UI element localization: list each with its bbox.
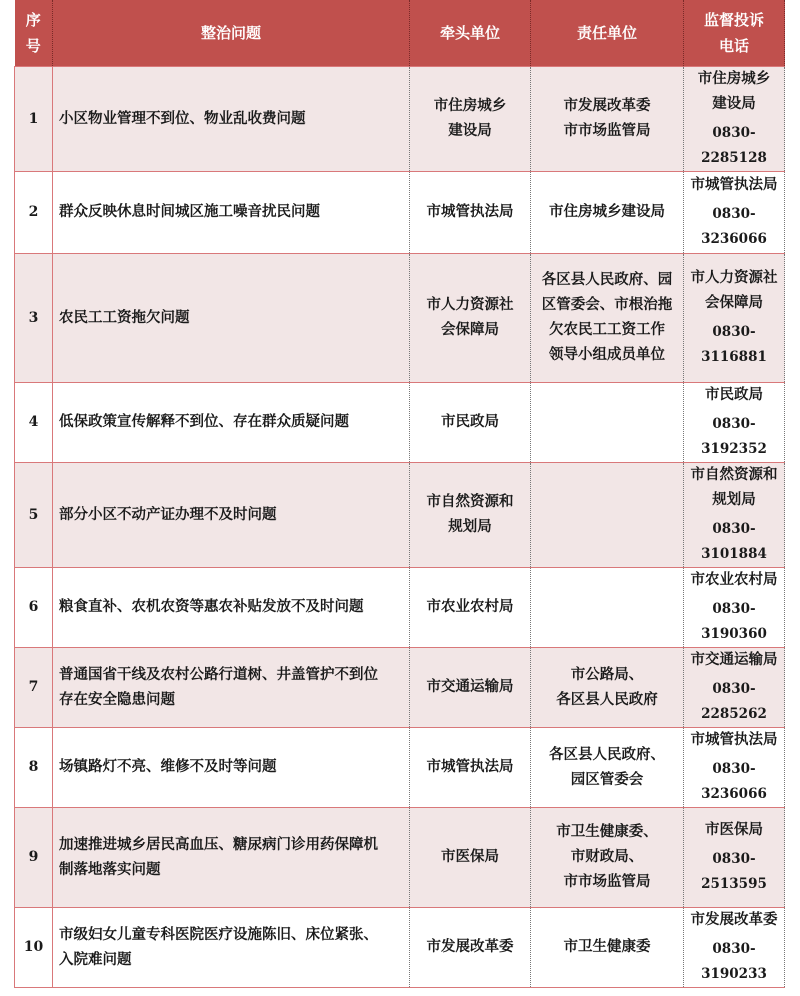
responsible-unit-line: 市住房城乡建设局 [535,200,679,225]
row-index: 7 [15,648,53,728]
issue-line: 普通国省干线及农村公路行道树、井盖管护不到位 [59,663,405,688]
responsible-unit-line: 园区管委会 [535,768,679,793]
lead-unit-line: 市交通运输局 [414,675,526,700]
row-responsible-unit: 各区县人民政府、园区管委会 [531,728,684,808]
lead-unit-line: 市医保局 [414,845,526,870]
row-index: 4 [15,383,53,463]
lead-unit-line: 市城管执法局 [414,200,526,225]
row-lead-unit: 市医保局 [410,808,531,908]
hotline-phone: 0830-3101884 [688,517,780,567]
table-row: 1小区物业管理不到位、物业乱收费问题市住房城乡建设局市发展改革委市市场监管局市住… [15,67,785,172]
header-hotline: 监督投诉 电话 [684,0,785,67]
responsible-unit-line: 区管委会、市根治拖 [535,293,679,318]
row-lead-unit: 市自然资源和规划局 [410,463,531,568]
issue-line: 加速推进城乡居民高血压、糖尿病门诊用药保障机 [59,833,405,858]
lead-unit-line: 市农业农村局 [414,595,526,620]
table-row: 10市级妇女儿童专科医院医疗设施陈旧、床位紧张、入院难问题市发展改革委市卫生健康… [15,908,785,988]
lead-unit-line: 市民政局 [414,410,526,435]
responsible-unit-line: 市发展改革委 [535,94,679,119]
lead-unit-line: 市城管执法局 [414,755,526,780]
hotline-unit-line: 市民政局 [688,383,780,408]
row-issue: 部分小区不动产证办理不及时问题 [53,463,410,568]
row-responsible-unit: 各区县人民政府、园区管委会、市根治拖欠农民工工资工作领导小组成员单位 [531,254,684,383]
row-lead-unit: 市农业农村局 [410,568,531,648]
row-hotline: 市住房城乡建设局0830-2285128 [684,67,785,172]
table-row: 5部分小区不动产证办理不及时问题市自然资源和规划局市自然资源和规划局0830-3… [15,463,785,568]
hotline-unit-line: 市自然资源和 [688,463,780,488]
responsible-unit-line: 市公路局、 [535,663,679,688]
row-issue: 低保政策宣传解释不到位、存在群众质疑问题 [53,383,410,463]
table-row: 8场镇路灯不亮、维修不及时等问题市城管执法局各区县人民政府、园区管委会市城管执法… [15,728,785,808]
row-hotline: 市农业农村局0830-3190360 [684,568,785,648]
hotline-unit-line: 市交通运输局 [688,648,780,673]
row-hotline: 市城管执法局0830-3236066 [684,172,785,254]
lead-unit-line: 市发展改革委 [414,935,526,960]
issue-line: 群众反映休息时间城区施工噪音扰民问题 [59,200,405,225]
hotline-unit-line: 市城管执法局 [688,173,780,198]
row-issue: 场镇路灯不亮、维修不及时等问题 [53,728,410,808]
responsible-unit-line: 市市场监管局 [535,870,679,895]
responsible-unit-line: 各区县人民政府、园 [535,268,679,293]
hotline-phone: 0830-2285262 [688,677,780,727]
row-index: 10 [15,908,53,988]
table-row: 3农民工工资拖欠问题市人力资源社会保障局各区县人民政府、园区管委会、市根治拖欠农… [15,254,785,383]
hotline-phone: 0830-3192352 [688,412,780,462]
header-index-line: 号 [15,33,53,59]
hotline-phone: 0830-2513595 [688,847,780,897]
row-hotline: 市发展改革委0830-3190233 [684,908,785,988]
responsible-unit-line: 市卫生健康委 [535,935,679,960]
hotline-unit-line: 会保障局 [688,291,780,316]
issue-line: 存在安全隐患问题 [59,688,405,713]
row-lead-unit: 市人力资源社会保障局 [410,254,531,383]
row-index: 3 [15,254,53,383]
hotline-unit-line: 市发展改革委 [688,908,780,933]
hotline-phone: 0830-3190233 [688,937,780,987]
row-index: 9 [15,808,53,908]
table-row: 7普通国省干线及农村公路行道树、井盖管护不到位存在安全隐患问题市交通运输局市公路… [15,648,785,728]
row-issue: 市级妇女儿童专科医院医疗设施陈旧、床位紧张、入院难问题 [53,908,410,988]
responsible-unit-line: 市市场监管局 [535,119,679,144]
row-responsible-unit: 市住房城乡建设局 [531,172,684,254]
row-issue: 小区物业管理不到位、物业乱收费问题 [53,67,410,172]
header-index: 序 号 [15,0,53,67]
hotline-phone: 0830-2285128 [688,121,780,171]
issue-line: 入院难问题 [59,948,405,973]
hotline-phone: 0830-3190360 [688,597,780,647]
header-index-line: 序 [15,7,53,33]
lead-unit-line: 市住房城乡 [414,94,526,119]
row-hotline: 市人力资源社会保障局0830-3116881 [684,254,785,383]
lead-unit-line: 市人力资源社 [414,293,526,318]
row-issue: 加速推进城乡居民高血压、糖尿病门诊用药保障机制落地落实问题 [53,808,410,908]
hotline-phone: 0830-3236066 [688,757,780,807]
header-responsible-unit: 责任单位 [531,0,684,67]
hotline-unit-line: 市医保局 [688,818,780,843]
row-responsible-unit: 市卫生健康委 [531,908,684,988]
row-responsible-unit [531,568,684,648]
hotline-unit-line: 市城管执法局 [688,728,780,753]
table-row: 2群众反映休息时间城区施工噪音扰民问题市城管执法局市住房城乡建设局市城管执法局0… [15,172,785,254]
hotline-phone: 0830-3236066 [688,202,780,252]
row-responsible-unit: 市公路局、各区县人民政府 [531,648,684,728]
lead-unit-line: 市自然资源和 [414,490,526,515]
hotline-unit-line: 建设局 [688,92,780,117]
row-lead-unit: 市住房城乡建设局 [410,67,531,172]
responsible-unit-line: 市卫生健康委、 [535,820,679,845]
row-hotline: 市自然资源和规划局0830-3101884 [684,463,785,568]
row-issue: 粮食直补、农机农资等惠农补贴发放不及时问题 [53,568,410,648]
row-hotline: 市城管执法局0830-3236066 [684,728,785,808]
hotline-unit-line: 市农业农村局 [688,568,780,593]
header-lead-unit: 牵头单位 [410,0,531,67]
responsible-unit-line: 领导小组成员单位 [535,343,679,368]
issue-line: 农民工工资拖欠问题 [59,306,405,331]
row-lead-unit: 市城管执法局 [410,728,531,808]
issue-line: 市级妇女儿童专科医院医疗设施陈旧、床位紧张、 [59,923,405,948]
row-issue: 农民工工资拖欠问题 [53,254,410,383]
header-issue: 整治问题 [53,0,410,67]
table-row: 6粮食直补、农机农资等惠农补贴发放不及时问题市农业农村局市农业农村局0830-3… [15,568,785,648]
row-hotline: 市医保局0830-2513595 [684,808,785,908]
hotline-unit-line: 市人力资源社 [688,266,780,291]
row-lead-unit: 市城管执法局 [410,172,531,254]
row-index: 5 [15,463,53,568]
row-responsible-unit [531,383,684,463]
responsible-unit-line: 市财政局、 [535,845,679,870]
row-index: 2 [15,172,53,254]
row-index: 1 [15,67,53,172]
lead-unit-line: 会保障局 [414,318,526,343]
table-body: 1小区物业管理不到位、物业乱收费问题市住房城乡建设局市发展改革委市市场监管局市住… [15,67,785,988]
row-issue: 普通国省干线及农村公路行道树、井盖管护不到位存在安全隐患问题 [53,648,410,728]
row-responsible-unit: 市卫生健康委、市财政局、市市场监管局 [531,808,684,908]
row-lead-unit: 市交通运输局 [410,648,531,728]
lead-unit-line: 规划局 [414,515,526,540]
issue-line: 制落地落实问题 [59,858,405,883]
table-row: 4低保政策宣传解释不到位、存在群众质疑问题市民政局市民政局0830-319235… [15,383,785,463]
hotline-unit-line: 规划局 [688,488,780,513]
hotline-phone: 0830-3116881 [688,320,780,370]
table-row: 9加速推进城乡居民高血压、糖尿病门诊用药保障机制落地落实问题市医保局市卫生健康委… [15,808,785,908]
issue-line: 低保政策宣传解释不到位、存在群众质疑问题 [59,410,405,435]
issue-line: 小区物业管理不到位、物业乱收费问题 [59,107,405,132]
issue-line: 部分小区不动产证办理不及时问题 [59,503,405,528]
row-index: 8 [15,728,53,808]
row-issue: 群众反映休息时间城区施工噪音扰民问题 [53,172,410,254]
lead-unit-line: 建设局 [414,119,526,144]
responsible-unit-line: 欠农民工工资工作 [535,318,679,343]
responsible-unit-line: 各区县人民政府 [535,688,679,713]
row-hotline: 市交通运输局0830-2285262 [684,648,785,728]
header-hotline-line: 电话 [684,33,784,59]
row-responsible-unit [531,463,684,568]
rectification-table: 序 号 整治问题 牵头单位 责任单位 监督投诉 电话 1小区物业管理不到位、物业… [14,0,785,988]
row-hotline: 市民政局0830-3192352 [684,383,785,463]
hotline-unit-line: 市住房城乡 [688,67,780,92]
responsible-unit-line: 各区县人民政府、 [535,743,679,768]
header-hotline-line: 监督投诉 [684,7,784,33]
row-responsible-unit: 市发展改革委市市场监管局 [531,67,684,172]
issue-line: 场镇路灯不亮、维修不及时等问题 [59,755,405,780]
row-index: 6 [15,568,53,648]
table-header-row: 序 号 整治问题 牵头单位 责任单位 监督投诉 电话 [15,0,785,67]
row-lead-unit: 市发展改革委 [410,908,531,988]
row-lead-unit: 市民政局 [410,383,531,463]
issue-line: 粮食直补、农机农资等惠农补贴发放不及时问题 [59,595,405,620]
